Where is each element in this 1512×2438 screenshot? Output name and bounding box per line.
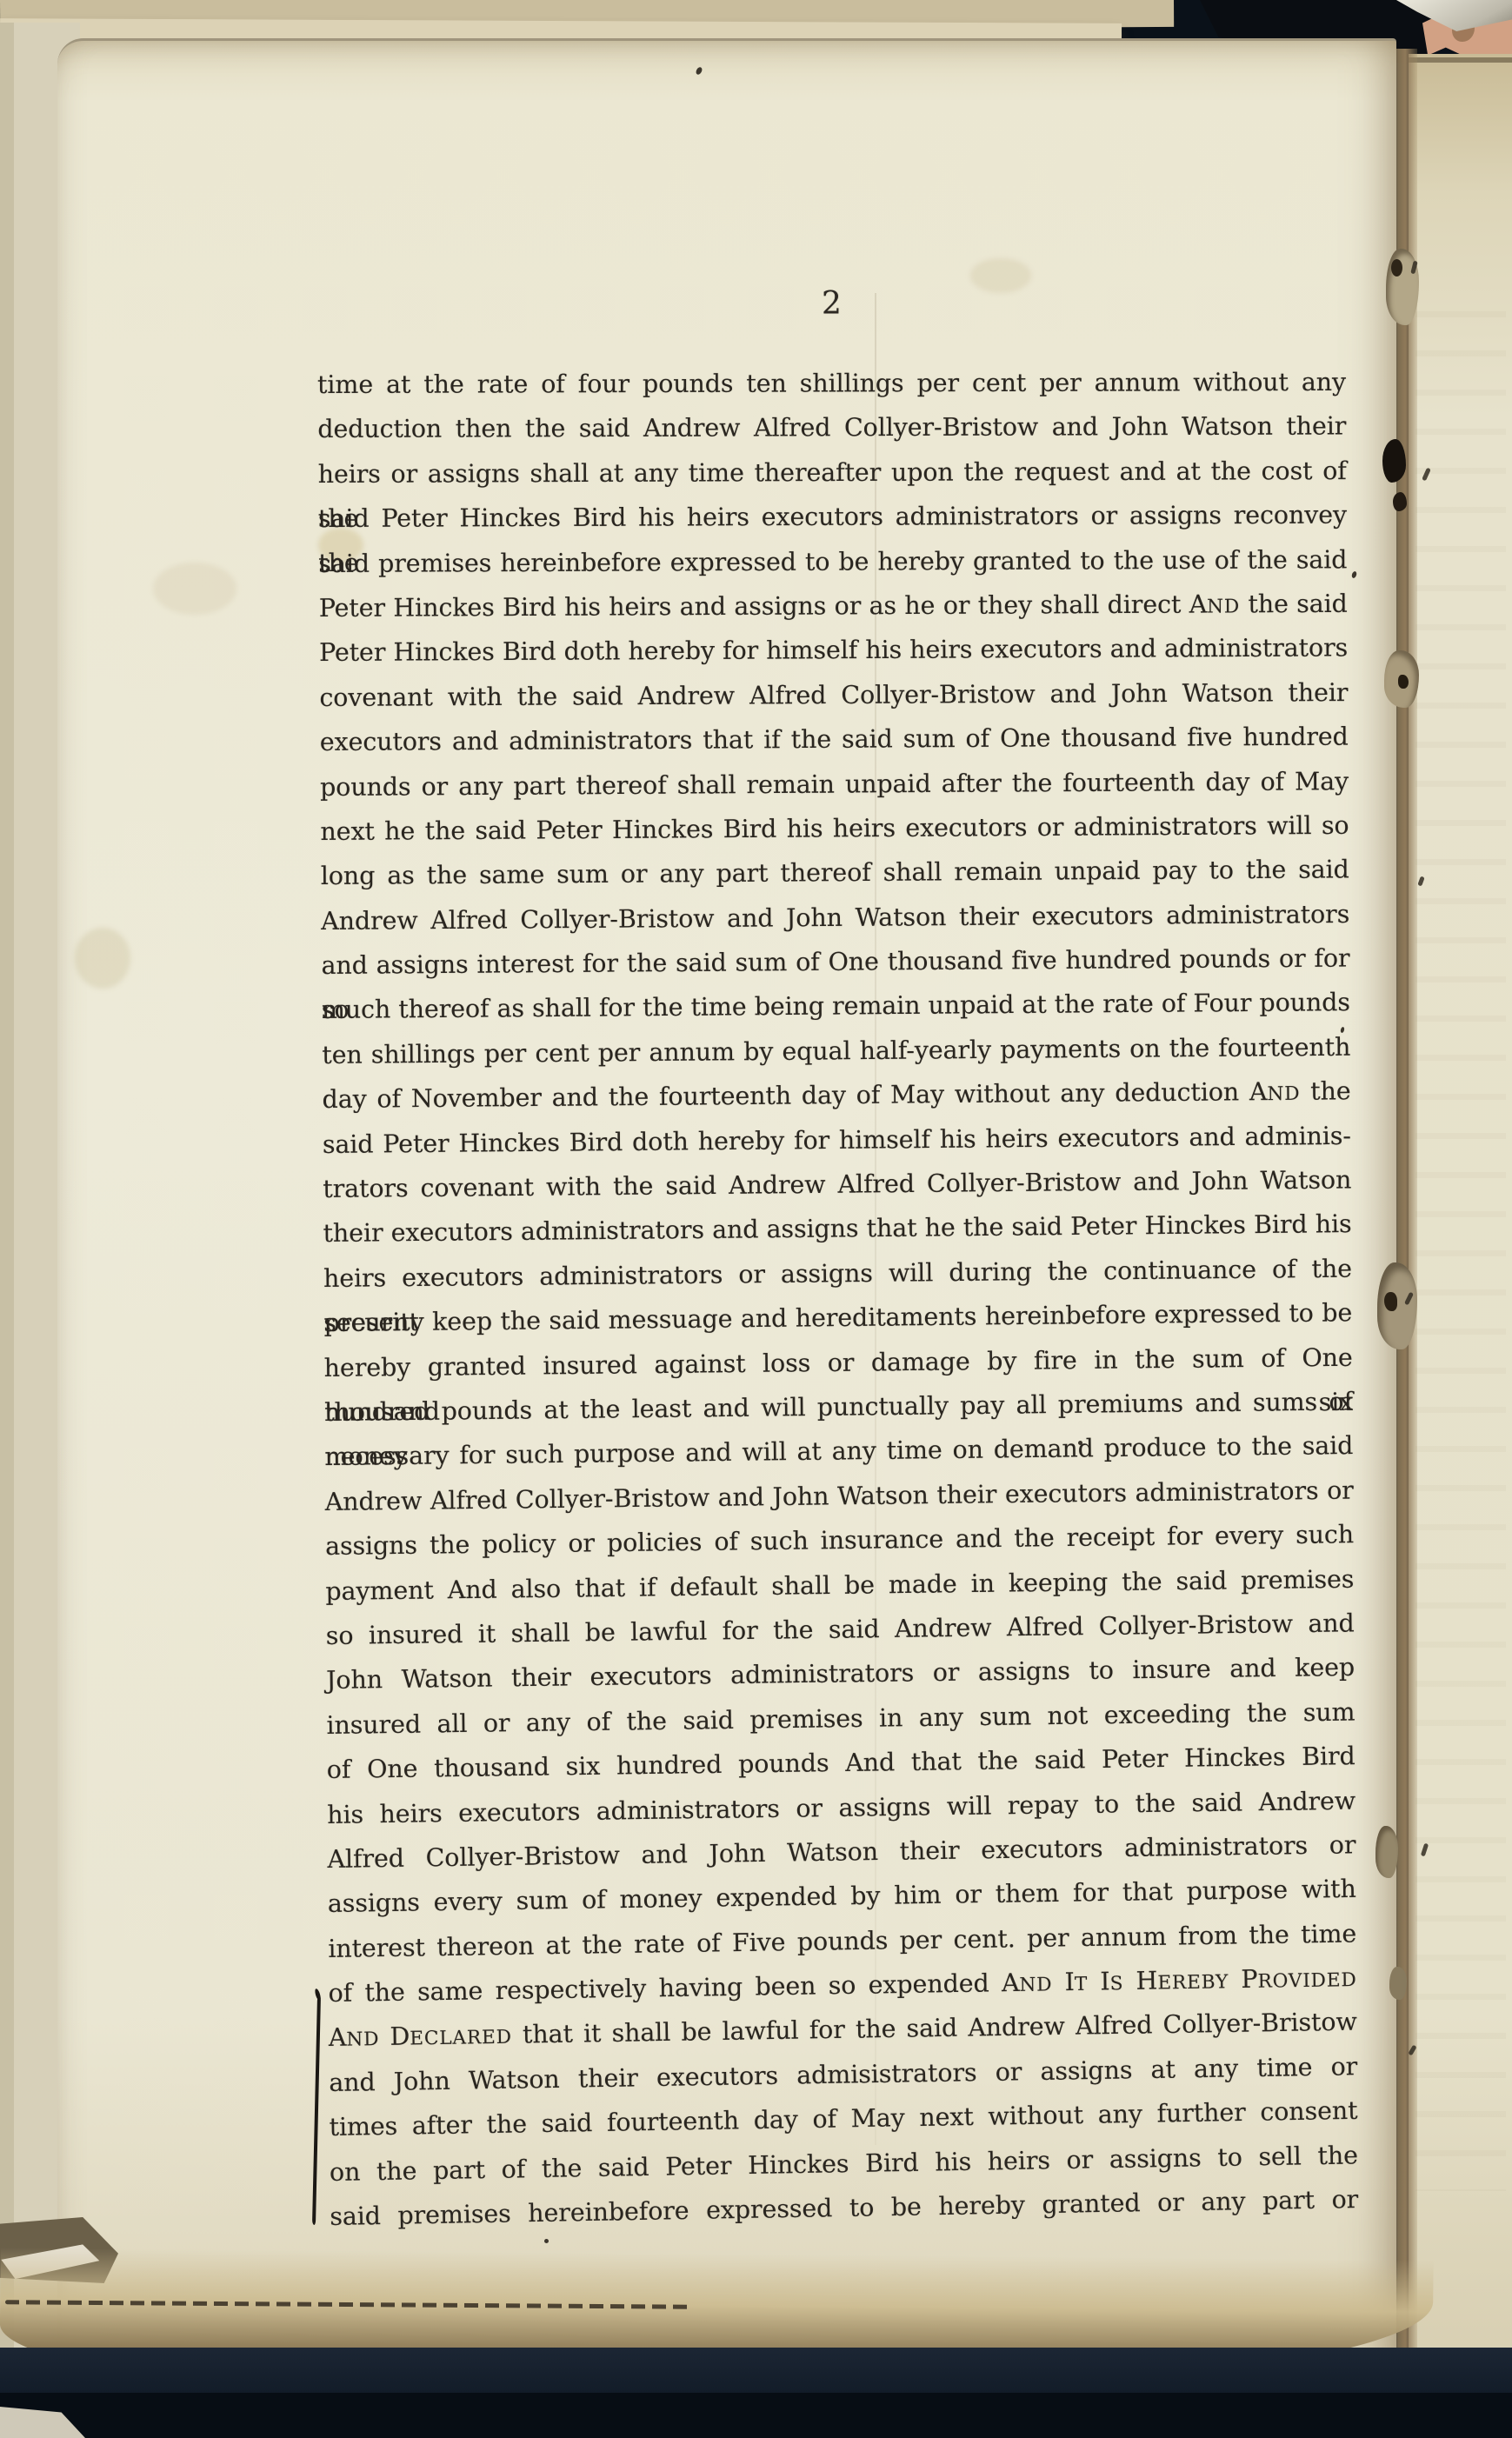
paper-tear-clump: [1377, 1262, 1417, 1349]
text-line: covenant with the said Andrew Alfred Col…: [319, 670, 1348, 720]
text-line: time at the rate of four pounds ten shil…: [317, 360, 1346, 407]
document-page: 2 time at the rate of four pounds ten sh…: [57, 38, 1396, 2364]
underlying-page-outer-edge: [0, 23, 14, 2414]
ink-blot: [1393, 492, 1407, 511]
scanned-deed-page-photo: 2 time at the rate of four pounds ten sh…: [0, 0, 1512, 2438]
paper-stain: [153, 563, 236, 615]
text-line: executors and administrators that if the…: [320, 715, 1349, 765]
background-bottom: [0, 2393, 1512, 2438]
text-line: long as the same sum or any part thereof…: [321, 848, 1349, 899]
ink-speck: [1351, 570, 1357, 578]
ink-blot: [1382, 439, 1406, 483]
text-line: Peter Hinckes Bird doth hereby for himse…: [319, 626, 1348, 676]
text-line: said premises hereinbefore expressed to …: [318, 537, 1347, 586]
ink-speck: [544, 2239, 549, 2243]
text-line: Peter Hinckes Bird his heirs and assigns…: [319, 582, 1348, 631]
show-through-text-ghost: [1415, 278, 1506, 2191]
text-line: said Peter Hinckes Bird his heirs execut…: [318, 493, 1347, 542]
text-line: pounds or any part thereof shall remain …: [320, 759, 1349, 809]
text-line: heirs or assigns shall at any time there…: [318, 449, 1347, 496]
ink-speck: [695, 66, 703, 76]
paper-tear-clump: [1375, 1826, 1398, 1878]
text-line: much thereof as shall for the time being…: [322, 981, 1350, 1033]
paper-tear-clump: [1389, 1967, 1407, 2000]
text-line: Andrew Alfred Collyer-Bristow and John W…: [321, 892, 1349, 943]
page-number: 2: [317, 286, 1346, 322]
text-line: deduction then the said Andrew Alfred Co…: [317, 404, 1346, 452]
text-line: next he the said Peter Hinckes Bird his …: [320, 803, 1349, 855]
text-block: time at the rate of four pounds ten shil…: [317, 363, 1346, 2239]
facing-page-top-edge: [1409, 57, 1512, 63]
paper-stain: [75, 928, 130, 989]
paper-tear-clump: [1384, 650, 1419, 708]
